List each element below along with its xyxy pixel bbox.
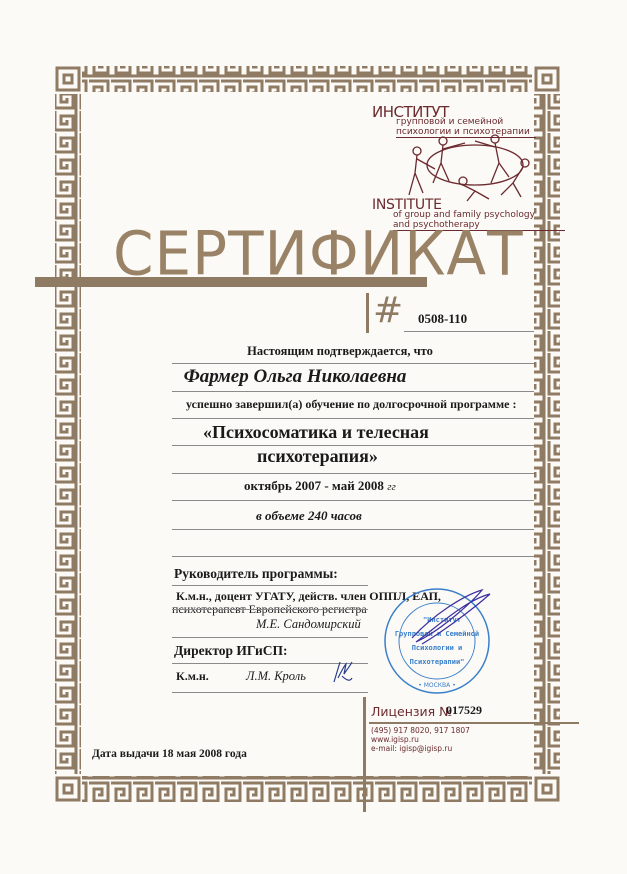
title-underline-bar [35, 277, 427, 287]
rule [172, 418, 534, 419]
rule [172, 556, 534, 557]
rule [172, 363, 534, 364]
period-suffix: гг [387, 481, 396, 493]
stamp-text-4: Психотерапии" [410, 658, 465, 666]
license-label: Лицензия № [371, 704, 452, 719]
program-title-line2: психотерапия» [257, 446, 378, 467]
dancing-figures-emblem-icon [405, 133, 535, 203]
program-period: октябрь 2007 - май 2008 гг [244, 478, 396, 494]
director-name: Л.М. Кроль [246, 669, 306, 684]
certificate-number: 0508-110 [418, 311, 467, 327]
stamp-ring-text: • МОСКВА • [418, 682, 455, 689]
director-signature-icon [328, 656, 358, 686]
official-stamp: • МОСКВА • "Институт Групповой и Семейно… [382, 586, 492, 696]
number-sign: # [373, 291, 403, 331]
rule [172, 692, 368, 693]
supervisor-name: М.Е. Сандомирский [256, 617, 361, 632]
license-underline [369, 722, 579, 724]
rule [172, 609, 368, 610]
number-divider [366, 293, 369, 333]
contact-website[interactable]: www.igisp.ru [371, 735, 419, 744]
period-dates: октябрь 2007 - май 2008 [244, 478, 384, 493]
number-line [404, 331, 534, 332]
director-degree: К.м.н. [176, 669, 209, 684]
stamp-text-1: "Институт [423, 616, 461, 624]
program-volume: в объеме 240 часов [256, 508, 362, 524]
rule [172, 529, 534, 530]
institute-subtitle-ru-1: групповой и семейной [396, 117, 503, 127]
issue-date: Дата выдачи 18 мая 2008 года [92, 748, 247, 760]
rule [172, 585, 368, 586]
rule [172, 500, 534, 501]
stamp-text-3: Психологии и [412, 644, 463, 652]
rule [172, 637, 368, 638]
license-number: 017529 [446, 703, 482, 718]
program-title-line1: «Психосоматика и телесная [203, 422, 429, 443]
recipient-name: Фармер Ольга Николаевна [140, 366, 450, 388]
rule [172, 473, 534, 474]
confirm-text: Настоящим подтверждается, что [140, 344, 540, 359]
completed-text: успешно завершил(а) обучение по долгосро… [186, 397, 516, 412]
director-label: Директор ИГиСП: [174, 643, 288, 659]
contact-email[interactable]: e-mail: igisp@igisp.ru [371, 744, 452, 753]
rule [172, 391, 534, 392]
license-divider [363, 697, 366, 812]
supervisor-label: Руководитель программы: [174, 566, 338, 582]
contact-phone: (495) 917 8020, 917 1807 [371, 726, 470, 735]
